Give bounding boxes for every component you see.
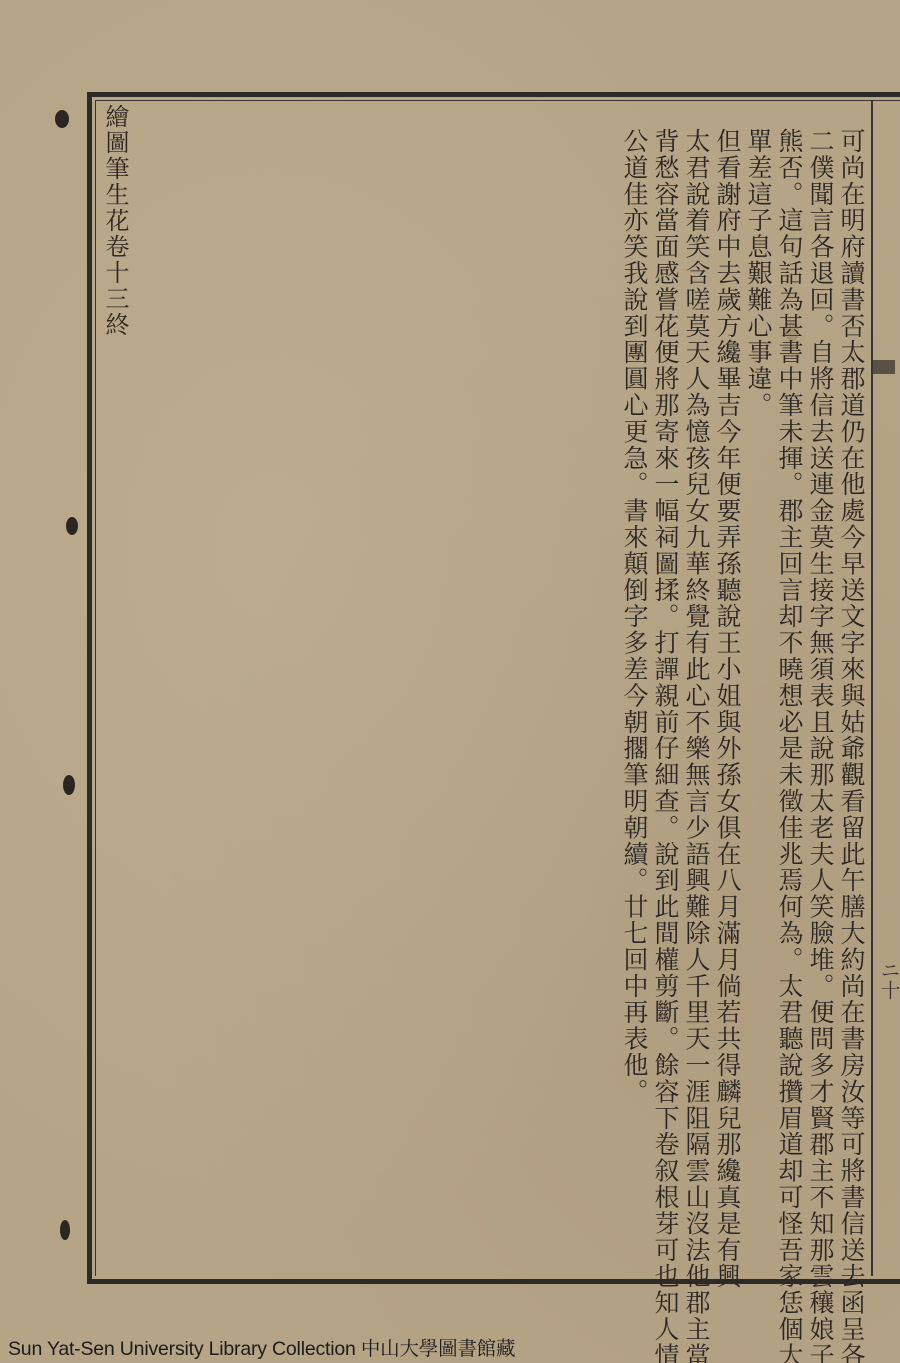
volume-end-title: 繪圖筆生花卷十三終 bbox=[96, 104, 130, 338]
text-column-3: 熊否。這句話為甚書中筆未揮。郡主回言却不曉想必是未徵佳兆焉何為。太君聽說攢眉道却… bbox=[774, 128, 804, 1288]
text-column-5: 但看謝府中去歲方纔畢吉今年便要弄孫聽說王小姐與外孫女俱在八月滿月倘若共得麟兒那纔… bbox=[712, 128, 742, 1288]
library-collection-label: Sun Yat-Sen University Library Collectio… bbox=[8, 1333, 515, 1361]
binding-hole bbox=[66, 517, 78, 535]
text-column-7: 背愁容當面感嘗花便將那寄來一幅祠圖揉。打譂親前仔細查。說到此間權剪斷。餘容下卷叙… bbox=[650, 128, 680, 1288]
main-text-block: 可尚在明府讀書否太郡道仍在他處今早送文字來與姑爺觀看留此午膳大約尚在書房汝等可將… bbox=[618, 128, 866, 1288]
text-column-6: 太君說着笑含嗟莫天人為憶孩兒女九華終覺有此心不樂無言少語興難除人千里天一涯阻隔雲… bbox=[681, 128, 711, 1288]
binding-hole bbox=[60, 1220, 70, 1240]
binding-hole bbox=[63, 775, 75, 795]
fish-tail-mark bbox=[873, 360, 895, 374]
text-column-2: 二僕聞言各退回。自將信去送連金莫生接字無須表且說那太老夫人笑臉堆。便問多才賢郡主… bbox=[805, 128, 835, 1288]
text-column-8: 公道佳亦笑我說到團圓心更急。書來顛倒字多差今朝擱筆明朝續。廿七回中再表他。 bbox=[619, 128, 649, 1288]
center-fold-line bbox=[871, 100, 873, 1276]
binding-hole bbox=[55, 110, 69, 128]
text-column-4: 單差這子息艱難心事違。 bbox=[743, 128, 773, 1288]
folio-number: ニ十 bbox=[878, 960, 900, 1000]
text-column-1: 可尚在明府讀書否太郡道仍在他處今早送文字來與姑爺觀看留此午膳大約尚在書房汝等可將… bbox=[836, 128, 866, 1288]
